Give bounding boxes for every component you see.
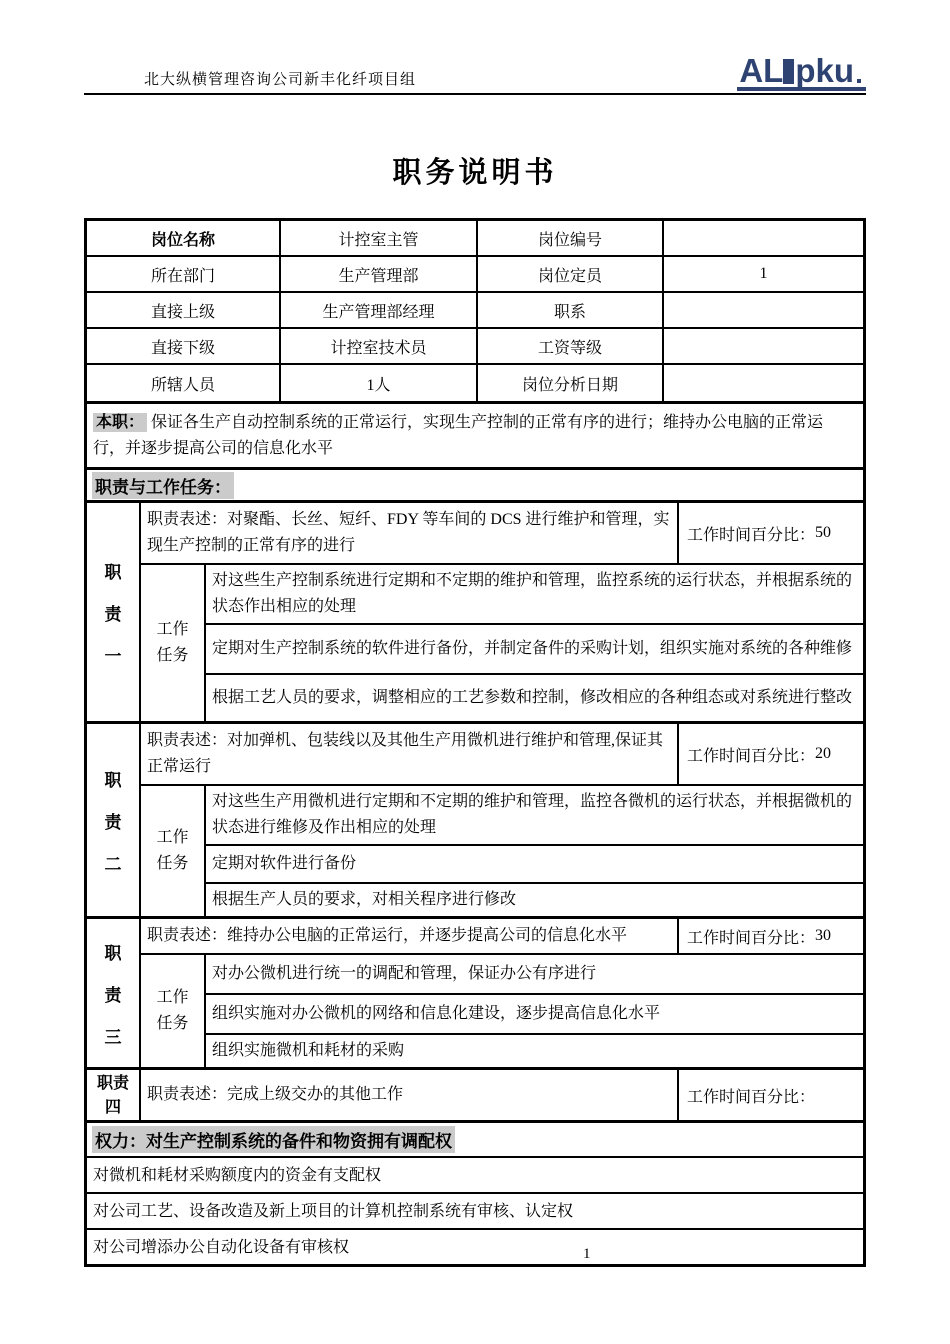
duty-description-prefix: 职责表述： <box>147 732 227 749</box>
duty-2-task-1: 对这些生产用微机进行定期和不定期的维护和管理，监控各微机的运行状态，并根据微机的… <box>206 786 863 844</box>
duty-description-prefix: 职责表述： <box>147 927 227 944</box>
info-value-direct-superior: 生产管理部经理 <box>281 293 478 329</box>
info-value-staff-managed: 1人 <box>281 365 478 401</box>
main-duty-text: 保证各生产自动控制系统的正常运行，实现生产控制的正常有序的进行；维持办公电脑的正… <box>93 414 823 457</box>
info-label-headcount: 岗位定员 <box>478 257 664 293</box>
main-duty-label: 本职： <box>93 413 147 432</box>
duty-1-percent-value: 50 <box>815 524 831 542</box>
duty-1-task-2: 定期对生产控制系统的软件进行备份，并制定备件的采购计划，组织实施对系统的各种维修 <box>206 623 863 673</box>
duty-2-label-char: 二 <box>105 850 122 875</box>
logo-bar-glyph <box>783 59 794 84</box>
duty-2-time-percentage: 工作时间百分比： 20 <box>677 724 863 784</box>
main-duty-row: 本职： 保证各生产自动控制系统的正常运行，实现生产控制的正常有序的进行；维持办公… <box>87 401 863 467</box>
duty-4-description-row: 职责表述：完成上级交办的其他工作 工作时间百分比： <box>141 1070 863 1120</box>
page-number: 1 <box>583 1246 591 1263</box>
duty-3-description: 职责表述：维持办公电脑的正常运行，并逐步提高公司的信息化水平 <box>141 919 677 953</box>
duty-2-tasks: 工作 任务 对这些生产用微机进行定期和不定期的维护和管理，监控各微机的运行状态，… <box>141 786 863 916</box>
authority-section-header: 权力：对生产控制系统的备件和物资拥有调配权 <box>87 1120 863 1156</box>
duty-2-task-3: 根据生产人员的要求，对相关程序进行修改 <box>206 882 863 916</box>
duties-section-header: 职责与工作任务： <box>87 467 863 500</box>
authority-item-3: 对公司增添办公自动化设备有审核权 <box>87 1228 863 1264</box>
duty-1-description-row: 职责表述：对聚酯、长丝、短纤、FDY 等车间的 DCS 进行维护和管理，实现生产… <box>141 503 863 565</box>
duties-section-title: 职责与工作任务： <box>92 472 234 499</box>
info-value-position-number <box>664 221 863 257</box>
duty-2-tasks-label: 工作 任务 <box>141 786 206 916</box>
position-info-table: 岗位名称 计控室主管 岗位编号 所在部门 生产管理部 岗位定员 1 直接上级 生… <box>87 221 863 401</box>
info-value-direct-subordinate: 计控室技术员 <box>281 329 478 365</box>
job-description-table: 岗位名称 计控室主管 岗位编号 所在部门 生产管理部 岗位定员 1 直接上级 生… <box>84 218 866 1267</box>
percent-label: 工作时间百分比： <box>687 1084 815 1107</box>
duty-2-label-char: 职 <box>105 766 122 791</box>
duty-3-percent-value: 30 <box>815 927 831 945</box>
percent-label: 工作时间百分比： <box>687 925 815 948</box>
info-label-position-name: 岗位名称 <box>87 221 281 257</box>
duty-1-label: 职 责 一 <box>87 503 141 721</box>
duty-3-task-2: 组织实施对办公微机的网络和信息化建设，逐步提高信息化水平 <box>206 993 863 1033</box>
authority-item-1: 对微机和耗材采购额度内的资金有支配权 <box>87 1156 863 1192</box>
info-label-salary-grade: 工资等级 <box>478 329 664 365</box>
logo-dot <box>857 79 861 83</box>
tasks-label-line: 工作 <box>156 985 188 1011</box>
duty-description-prefix: 职责表述： <box>147 511 227 528</box>
duty-2-label: 职 责 二 <box>87 724 141 916</box>
duty-3-label-char: 责 <box>105 981 122 1006</box>
info-label-staff-managed: 所辖人员 <box>87 365 281 401</box>
duty-3-label-char: 职 <box>105 939 122 964</box>
info-value-headcount: 1 <box>664 257 863 293</box>
info-label-analysis-date: 岗位分析日期 <box>478 365 664 401</box>
info-label-position-number: 岗位编号 <box>478 221 664 257</box>
info-value-salary-grade <box>664 329 863 365</box>
duty-1-label-char: 职 <box>105 558 122 583</box>
percent-label: 工作时间百分比： <box>687 743 815 766</box>
duty-3-tasks: 工作 任务 对办公微机进行统一的调配和管理，保证办公有序进行 组织实施对办公微机… <box>141 955 863 1067</box>
duty-3-description-text: 维持办公电脑的正常运行，并逐步提高公司的信息化水平 <box>227 927 627 944</box>
duty-3-tasks-label: 工作 任务 <box>141 955 206 1067</box>
percent-label: 工作时间百分比： <box>687 522 815 545</box>
duty-4-label-line: 职责 <box>97 1073 129 1094</box>
authority-section-title: 权力：对生产控制系统的备件和物资拥有调配权 <box>92 1126 455 1153</box>
tasks-label-line: 任务 <box>156 1011 188 1037</box>
duty-2-description-row: 职责表述：对加弹机、包装线以及其他生产用微机进行维护和管理,保证其正常运行 工作… <box>141 724 863 786</box>
duty-2-task-2: 定期对软件进行备份 <box>206 844 863 882</box>
duty-1-label-char: 一 <box>105 642 122 667</box>
duty-block-4: 职责 四 职责表述：完成上级交办的其他工作 工作时间百分比： <box>87 1067 863 1120</box>
info-label-department: 所在部门 <box>87 257 281 293</box>
duty-block-2: 职 责 二 职责表述：对加弹机、包装线以及其他生产用微机进行维护和管理,保证其正… <box>87 721 863 916</box>
tasks-label-line: 工作 <box>156 617 188 643</box>
duty-1-label-char: 责 <box>105 600 122 625</box>
duty-2-percent-value: 20 <box>815 745 831 763</box>
duty-1-task-3: 根据工艺人员的要求，调整相应的工艺参数和控制，修改相应的各种组态或对系统进行整改 <box>206 673 863 721</box>
page-title: 职务说明书 <box>0 150 950 191</box>
duty-1-tasks: 工作 任务 对这些生产控制系统进行定期和不定期的维护和管理，监控系统的运行状态，… <box>141 565 863 721</box>
duty-4-label-line: 四 <box>105 1097 121 1118</box>
duty-4-label: 职责 四 <box>87 1070 141 1120</box>
duty-3-label-char: 三 <box>105 1023 122 1048</box>
info-value-position-name: 计控室主管 <box>281 221 478 257</box>
tasks-label-line: 任务 <box>156 851 188 877</box>
logo-text-al: AL <box>739 58 783 84</box>
duty-3-task-3: 组织实施微机和耗材的采购 <box>206 1033 863 1067</box>
duty-1-tasks-label: 工作 任务 <box>141 565 206 721</box>
info-label-job-family: 职系 <box>478 293 664 329</box>
duty-4-description-text: 完成上级交办的其他工作 <box>227 1086 403 1103</box>
page-header: 北大纵横管理咨询公司新丰化纤项目组 AL pku <box>84 46 866 95</box>
duty-2-label-char: 责 <box>105 808 122 833</box>
allpku-logo: AL pku <box>737 58 866 91</box>
authority-item-2: 对公司工艺、设备改造及新上项目的计算机控制系统有审核、认定权 <box>87 1192 863 1228</box>
duty-2-description: 职责表述：对加弹机、包装线以及其他生产用微机进行维护和管理,保证其正常运行 <box>141 724 677 784</box>
info-value-job-family <box>664 293 863 329</box>
duty-description-prefix: 职责表述： <box>147 1086 227 1103</box>
duty-1-time-percentage: 工作时间百分比：50 <box>677 503 863 563</box>
duty-3-label: 职 责 三 <box>87 919 141 1067</box>
info-value-department: 生产管理部 <box>281 257 478 293</box>
info-value-analysis-date <box>664 365 863 401</box>
tasks-label-line: 工作 <box>156 825 188 851</box>
info-label-direct-subordinate: 直接下级 <box>87 329 281 365</box>
duty-4-description: 职责表述：完成上级交办的其他工作 <box>141 1070 677 1120</box>
duty-4-time-percentage: 工作时间百分比： <box>677 1070 863 1120</box>
duty-3-time-percentage: 工作时间百分比： 30 <box>677 919 863 953</box>
duty-block-1: 职 责 一 职责表述：对聚酯、长丝、短纤、FDY 等车间的 DCS 进行维护和管… <box>87 500 863 721</box>
tasks-label-line: 任务 <box>156 643 188 669</box>
duty-3-description-row: 职责表述：维持办公电脑的正常运行，并逐步提高公司的信息化水平 工作时间百分比： … <box>141 919 863 955</box>
info-label-direct-superior: 直接上级 <box>87 293 281 329</box>
duty-block-3: 职 责 三 职责表述：维持办公电脑的正常运行，并逐步提高公司的信息化水平 工作时… <box>87 916 863 1067</box>
logo-text-pku: pku <box>795 58 854 84</box>
header-company-text: 北大纵横管理咨询公司新丰化纤项目组 <box>84 68 416 93</box>
duty-1-task-1: 对这些生产控制系统进行定期和不定期的维护和管理，监控系统的运行状态，并根据系统的… <box>206 565 863 623</box>
document-page: 北大纵横管理咨询公司新丰化纤项目组 AL pku 职务说明书 岗位名称 计控室主… <box>0 0 950 1344</box>
duty-1-description: 职责表述：对聚酯、长丝、短纤、FDY 等车间的 DCS 进行维护和管理，实现生产… <box>141 503 677 563</box>
duty-3-task-1: 对办公微机进行统一的调配和管理，保证办公有序进行 <box>206 955 863 993</box>
